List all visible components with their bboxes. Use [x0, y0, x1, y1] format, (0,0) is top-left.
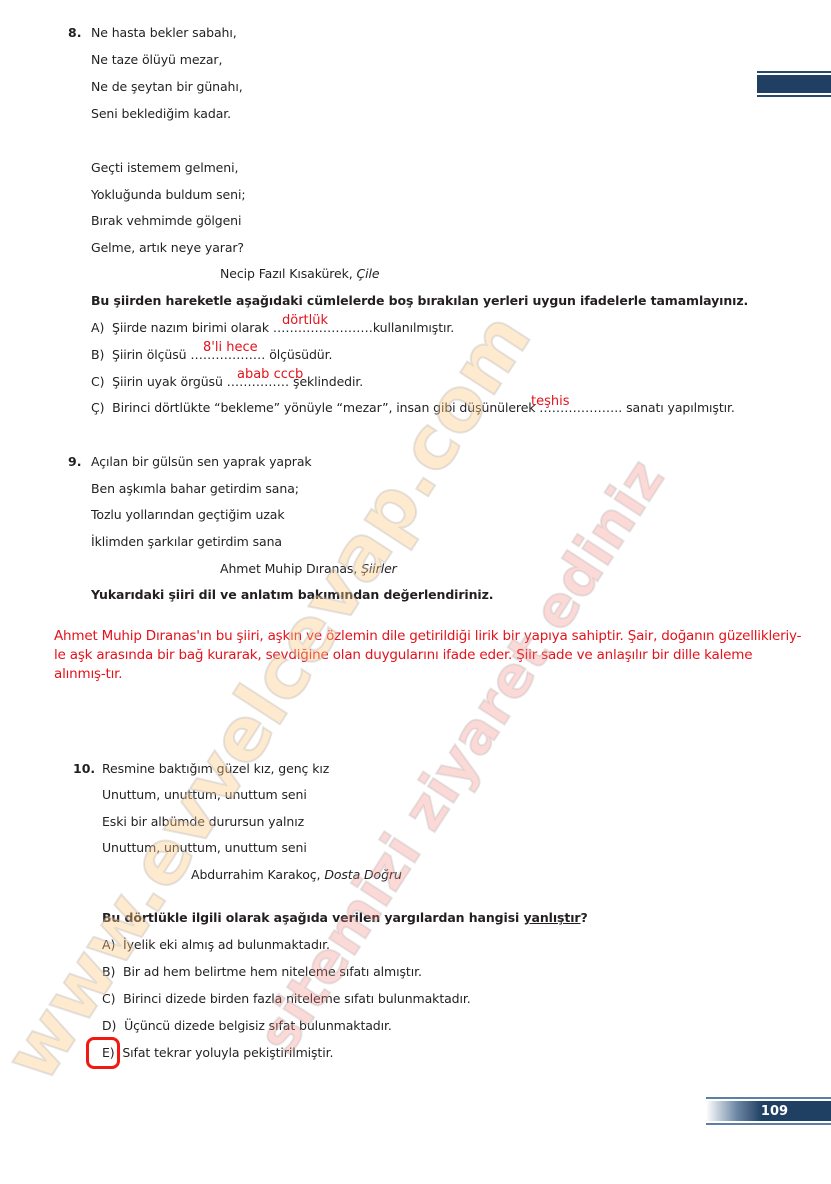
poem-line: Ben aşkımla bahar getirdim sana;: [91, 481, 299, 496]
question-8-instruction: Bu şiirden hareketle aşağıdaki cümlelerd…: [91, 293, 748, 308]
question-9-number: 9.: [68, 454, 81, 469]
poem-line: Bırak vehmimde gölgeni: [91, 213, 241, 228]
author-name: Necip Fazıl Kısakürek,: [220, 266, 357, 281]
poem-line: Tozlu yollarından geçtiğim uzak: [91, 507, 284, 522]
poem-attribution: Necip Fazıl Kısakürek, Çile: [220, 266, 380, 281]
item-text: Birinci dörtlükte “bekleme” yönüyle “mez…: [112, 400, 539, 415]
poem-line: Geçti istemem gelmeni,: [91, 160, 238, 175]
item-text: Şiirin uyak örgüsü: [112, 374, 227, 389]
poem-attribution: Ahmet Muhip Dıranas, Şiirler: [220, 561, 397, 576]
option-text: Üçüncü dizede belgisiz sıfat bulunmaktad…: [124, 1018, 392, 1033]
poem-line: Ne taze ölüyü mezar,: [91, 52, 222, 67]
poem-line: Unuttum, unuttum, unuttum seni: [102, 840, 307, 855]
poem-line: Gelme, artık neye yarar?: [91, 240, 244, 255]
answer-olcu: 8'li hece: [203, 340, 258, 355]
option-label: D): [102, 1018, 116, 1033]
option-label: A): [102, 937, 115, 952]
poem-line: Ne hasta bekler sabahı,: [91, 25, 237, 40]
option-b[interactable]: B) Bir ad hem belirtme hem niteleme sıfa…: [102, 964, 422, 979]
answer-dortluk: dörtlük: [282, 313, 328, 328]
poem-line: Yokluğunda buldum seni;: [91, 187, 245, 202]
item-text: Şiirin ölçüsü: [112, 347, 190, 362]
option-d[interactable]: D) Üçüncü dizede belgisiz sıfat bulunmak…: [102, 1018, 392, 1033]
question-9-answer: Ahmet Muhip Dıranas'ın bu şiiri, aşkın v…: [54, 627, 804, 684]
answer-teshis: teşhis: [531, 394, 570, 409]
book-title: Dosta Doğru: [324, 867, 402, 882]
question-8-number: 8.: [68, 25, 81, 40]
poem-attribution: Abdurrahim Karakoç, Dosta Doğru: [191, 867, 402, 882]
option-e[interactable]: E) Sıfat tekrar yoluyla pekiştirilmiştir…: [102, 1045, 333, 1060]
option-text: Birinci dizede birden fazla niteleme sıf…: [123, 991, 471, 1006]
option-text: İyelik eki almış ad bulunmaktadır.: [123, 937, 330, 952]
textbook-page: 8. Ne hasta bekler sabahı, Ne taze ölüyü…: [0, 0, 831, 1184]
page-number: 109: [761, 1104, 788, 1119]
question-10-number: 10.: [73, 761, 95, 776]
author-name: Ahmet Muhip Dıranas,: [220, 561, 361, 576]
poem-line: Resmine baktığım güzel kız, genç kız: [102, 761, 329, 776]
poem-line: Eski bir albümde durursun yalnız: [102, 814, 304, 829]
answer-uyak: abab cccb: [237, 367, 303, 382]
option-text: Sıfat tekrar yoluyla pekiştirilmiştir.: [122, 1045, 333, 1060]
option-label: C): [102, 991, 115, 1006]
poem-line: Açılan bir gülsün sen yaprak yaprak: [91, 454, 312, 469]
instruction-text: ?: [581, 910, 588, 925]
fill-item-a: A) Şiirde nazım birimi olarak ……………………ku…: [91, 320, 454, 335]
item-text: kullanılmıştır.: [373, 320, 454, 335]
poem-line: Ne de şeytan bir günahı,: [91, 79, 243, 94]
item-label: Ç): [91, 400, 104, 415]
option-a[interactable]: A) İyelik eki almış ad bulunmaktadır.: [102, 937, 330, 952]
poem-line: İklimden şarkılar getirdim sana: [91, 534, 282, 549]
option-text: Bir ad hem belirtme hem niteleme sıfatı …: [123, 964, 422, 979]
poem-line: Unuttum, unuttum, unuttum seni: [102, 787, 307, 802]
selected-answer-mark: [86, 1037, 120, 1069]
question-9-instruction: Yukarıdaki şiiri dil ve anlatım bakımınd…: [91, 587, 493, 602]
book-title: Çile: [357, 266, 380, 281]
instruction-emphasis: yanlıştır: [523, 910, 580, 925]
fill-item-c-cedilla: Ç) Birinci dörtlükte “bekleme” yönüyle “…: [91, 400, 735, 415]
item-text: sanatı yapılmıştır.: [622, 400, 735, 415]
item-label: A): [91, 320, 104, 335]
item-label: C): [91, 374, 104, 389]
section-tab-decoration: [757, 71, 831, 97]
page-number-bar: 109: [706, 1097, 831, 1125]
item-text: Şiirde nazım birimi olarak: [112, 320, 273, 335]
question-10-instruction: Bu dörtlükle ilgili olarak aşağıda veril…: [102, 910, 588, 925]
item-label: B): [91, 347, 104, 362]
item-text: ölçüsüdür.: [265, 347, 332, 362]
fill-item-c: C) Şiirin uyak örgüsü …………… şeklindedir.: [91, 374, 363, 389]
option-label: B): [102, 964, 115, 979]
book-title: Şiirler: [361, 561, 397, 576]
instruction-text: Bu dörtlükle ilgili olarak aşağıda veril…: [102, 910, 523, 925]
option-c[interactable]: C) Birinci dizede birden fazla niteleme …: [102, 991, 471, 1006]
poem-line: Seni beklediğim kadar.: [91, 106, 231, 121]
author-name: Abdurrahim Karakoç,: [191, 867, 324, 882]
